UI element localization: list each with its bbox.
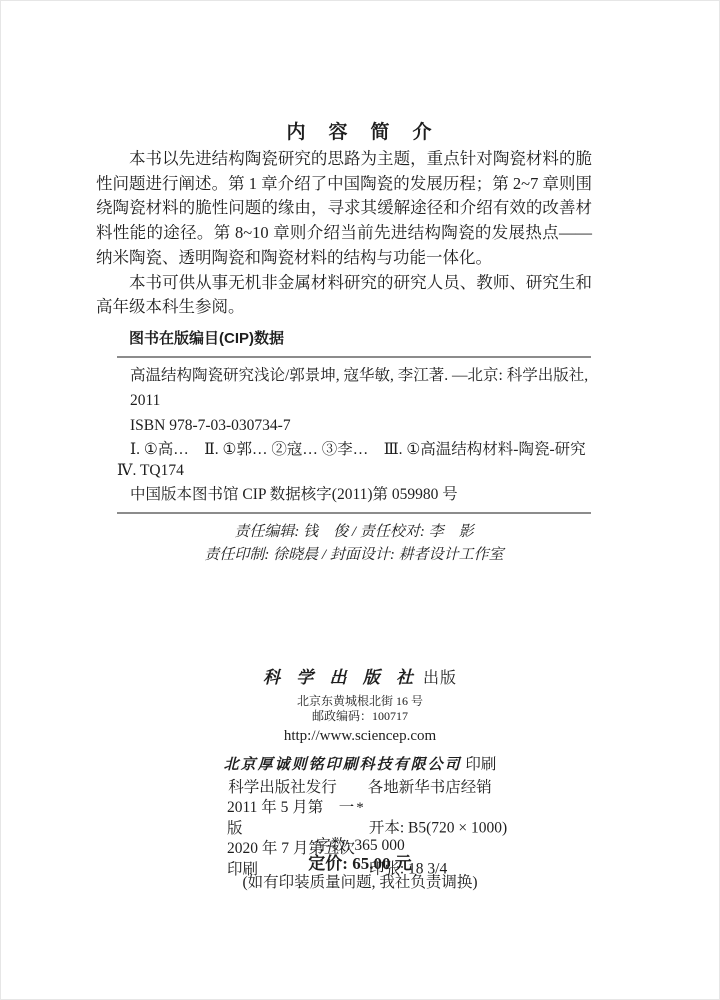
publisher-name: 科 学 出 版 社 [263,668,419,687]
edition-row-1: 2011 年 5 月第 一 版 开本: B5(720 × 1000) [227,798,547,839]
cip-rule-bottom [117,512,591,514]
intro-body: 本书以先进结构陶瓷研究的思路为主题，重点针对陶瓷材料的脆性问题进行阐述。第 1 … [96,147,592,320]
publisher-name-line: 科 学 出 版 社 出版 [0,667,720,690]
publisher-url: http://www.sciencep.com [0,727,720,746]
cip-title-line: 高温结构陶瓷研究浅论/郭景坤, 寇华敏, 李江著. —北京: 科学出版社, 20… [117,363,591,413]
printer-line: 北京厚诚则铭印刷科技有限公司 印刷 [0,755,720,775]
quality-note: (如有印装质量问题, 我社负责调换) [0,872,720,893]
edition-format: 开本: B5(720 × 1000) [369,820,507,837]
intro-paragraph-2: 本书可供从事无机非金属材料研究的研究人员、教师、研究生和高年级本科生参阅。 [96,271,592,320]
cip-lines: 高温结构陶瓷研究浅论/郭景坤, 寇华敏, 李江著. —北京: 科学出版社, 20… [117,363,591,507]
publisher-name-suffix: 出版 [423,670,457,687]
printer-suffix: 印刷 [465,756,496,773]
edition-date: 2011 年 5 月第 一 版 [227,798,365,839]
staff-line-printing: 责任印制: 徐晓晨 / 封面设计: 耕者设计工作室 [117,544,591,567]
publisher-block: 科 学 出 版 社 出版 北京东黄城根北街 16 号 邮政编码：100717 h… [0,667,720,815]
staff-line-editor: 责任编辑: 钱 俊 / 责任校对: 李 影 [117,521,591,544]
intro-paragraph-1: 本书以先进结构陶瓷研究的思路为主题，重点针对陶瓷材料的脆性问题进行阐述。第 1 … [96,147,592,271]
distribution-line: 科学出版社发行 各地新华书店经销 [0,778,720,798]
staff-credits: 责任编辑: 钱 俊 / 责任校对: 李 影 责任印制: 徐晓晨 / 封面设计: … [117,521,591,567]
cip-header: 图书在版编目(CIP)数据 [117,327,591,348]
cip-block: 图书在版编目(CIP)数据 高温结构陶瓷研究浅论/郭景坤, 寇华敏, 李江著. … [117,327,591,567]
cip-record-number: 中国版本图书馆 CIP 数据核字(2011)第 059980 号 [117,482,591,507]
publisher-address: 北京东黄城根北街 16 号 [0,694,720,709]
cip-classification-continued: Ⅳ. TQ174 [117,461,591,481]
printer-name: 北京厚诚则铭印刷科技有限公司 [224,757,462,773]
copyright-page: 内 容 简 介 本书以先进结构陶瓷研究的思路为主题，重点针对陶瓷材料的脆性问题进… [0,0,720,1000]
cip-isbn-line: ISBN 978-7-03-030734-7 [117,413,591,438]
price: 定价: 65.00 元 [0,853,720,874]
publisher-postcode: 邮政编码：100717 [0,709,720,724]
cip-rule-top [117,356,591,358]
intro-title: 内 容 简 介 [0,117,720,144]
cip-classification-line: Ⅰ. ①高… Ⅱ. ①郭… ②寇… ③李… Ⅲ. ①高温结构材料-陶瓷-研究 [117,438,591,461]
